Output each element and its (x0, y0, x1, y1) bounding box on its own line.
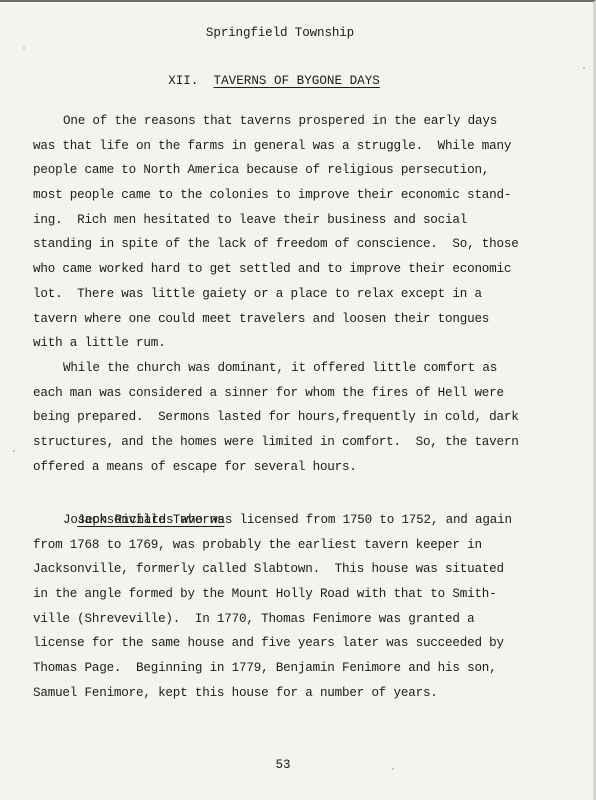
text-line: offered a means of escape for several ho… (33, 455, 553, 480)
section-heading-row: Jacksonville Taverns (33, 483, 553, 508)
page-number: 53 (0, 758, 566, 772)
chapter-title-text: TAVERNS OF BYGONE DAYS (214, 74, 380, 88)
text-line: most people came to the colonies to impr… (33, 183, 553, 208)
text-line: in the angle formed by the Mount Holly R… (33, 582, 553, 607)
text-line: with a little rum. (33, 331, 553, 356)
text-line: structures, and the homes were limited i… (33, 430, 553, 455)
chapter-title: XII. TAVERNS OF BYGONE DAYS (0, 74, 548, 88)
text-line: One of the reasons that taverns prospere… (33, 109, 553, 134)
text-line: tavern where one could meet travelers an… (33, 307, 553, 332)
paper-speck (23, 47, 25, 49)
text-line: While the church was dominant, it offere… (33, 356, 553, 381)
text-line: license for the same house and five year… (33, 631, 553, 656)
paragraph-1: One of the reasons that taverns prospere… (33, 109, 553, 356)
text-line: each man was considered a sinner for who… (33, 381, 553, 406)
text-line: was that life on the farms in general wa… (33, 134, 553, 159)
paragraph-2: While the church was dominant, it offere… (33, 356, 553, 479)
paper-speck (13, 450, 15, 452)
text-line: who came worked hard to get settled and … (33, 257, 553, 282)
paper-speck (392, 768, 394, 770)
text-line: Samuel Fenimore, kept this house for a n… (33, 681, 553, 706)
text-line: people came to North America because of … (33, 158, 553, 183)
paragraph-3: Joseph Richards who was licensed from 17… (33, 508, 553, 706)
running-header: Springfield Township (0, 26, 560, 40)
body-text: One of the reasons that taverns prospere… (33, 109, 553, 706)
text-line: ville (Shreveville). In 1770, Thomas Fen… (33, 607, 553, 632)
text-line: standing in spite of the lack of freedom… (33, 232, 553, 257)
paper-speck (583, 67, 585, 69)
text-line: ing. Rich men hesitated to leave their b… (33, 208, 553, 233)
chapter-number: XII. (168, 74, 198, 88)
document-page: Springfield Township XII. TAVERNS OF BYG… (0, 0, 596, 800)
text-line: Jacksonville, formerly called Slabtown. … (33, 557, 553, 582)
text-line: lot. There was little gaiety or a place … (33, 282, 553, 307)
text-line: Thomas Page. Beginning in 1779, Benjamin… (33, 656, 553, 681)
text-line: being prepared. Sermons lasted for hours… (33, 405, 553, 430)
text-line: Joseph Richards who was licensed from 17… (33, 508, 553, 533)
text-line: from 1768 to 1769, was probably the earl… (33, 533, 553, 558)
